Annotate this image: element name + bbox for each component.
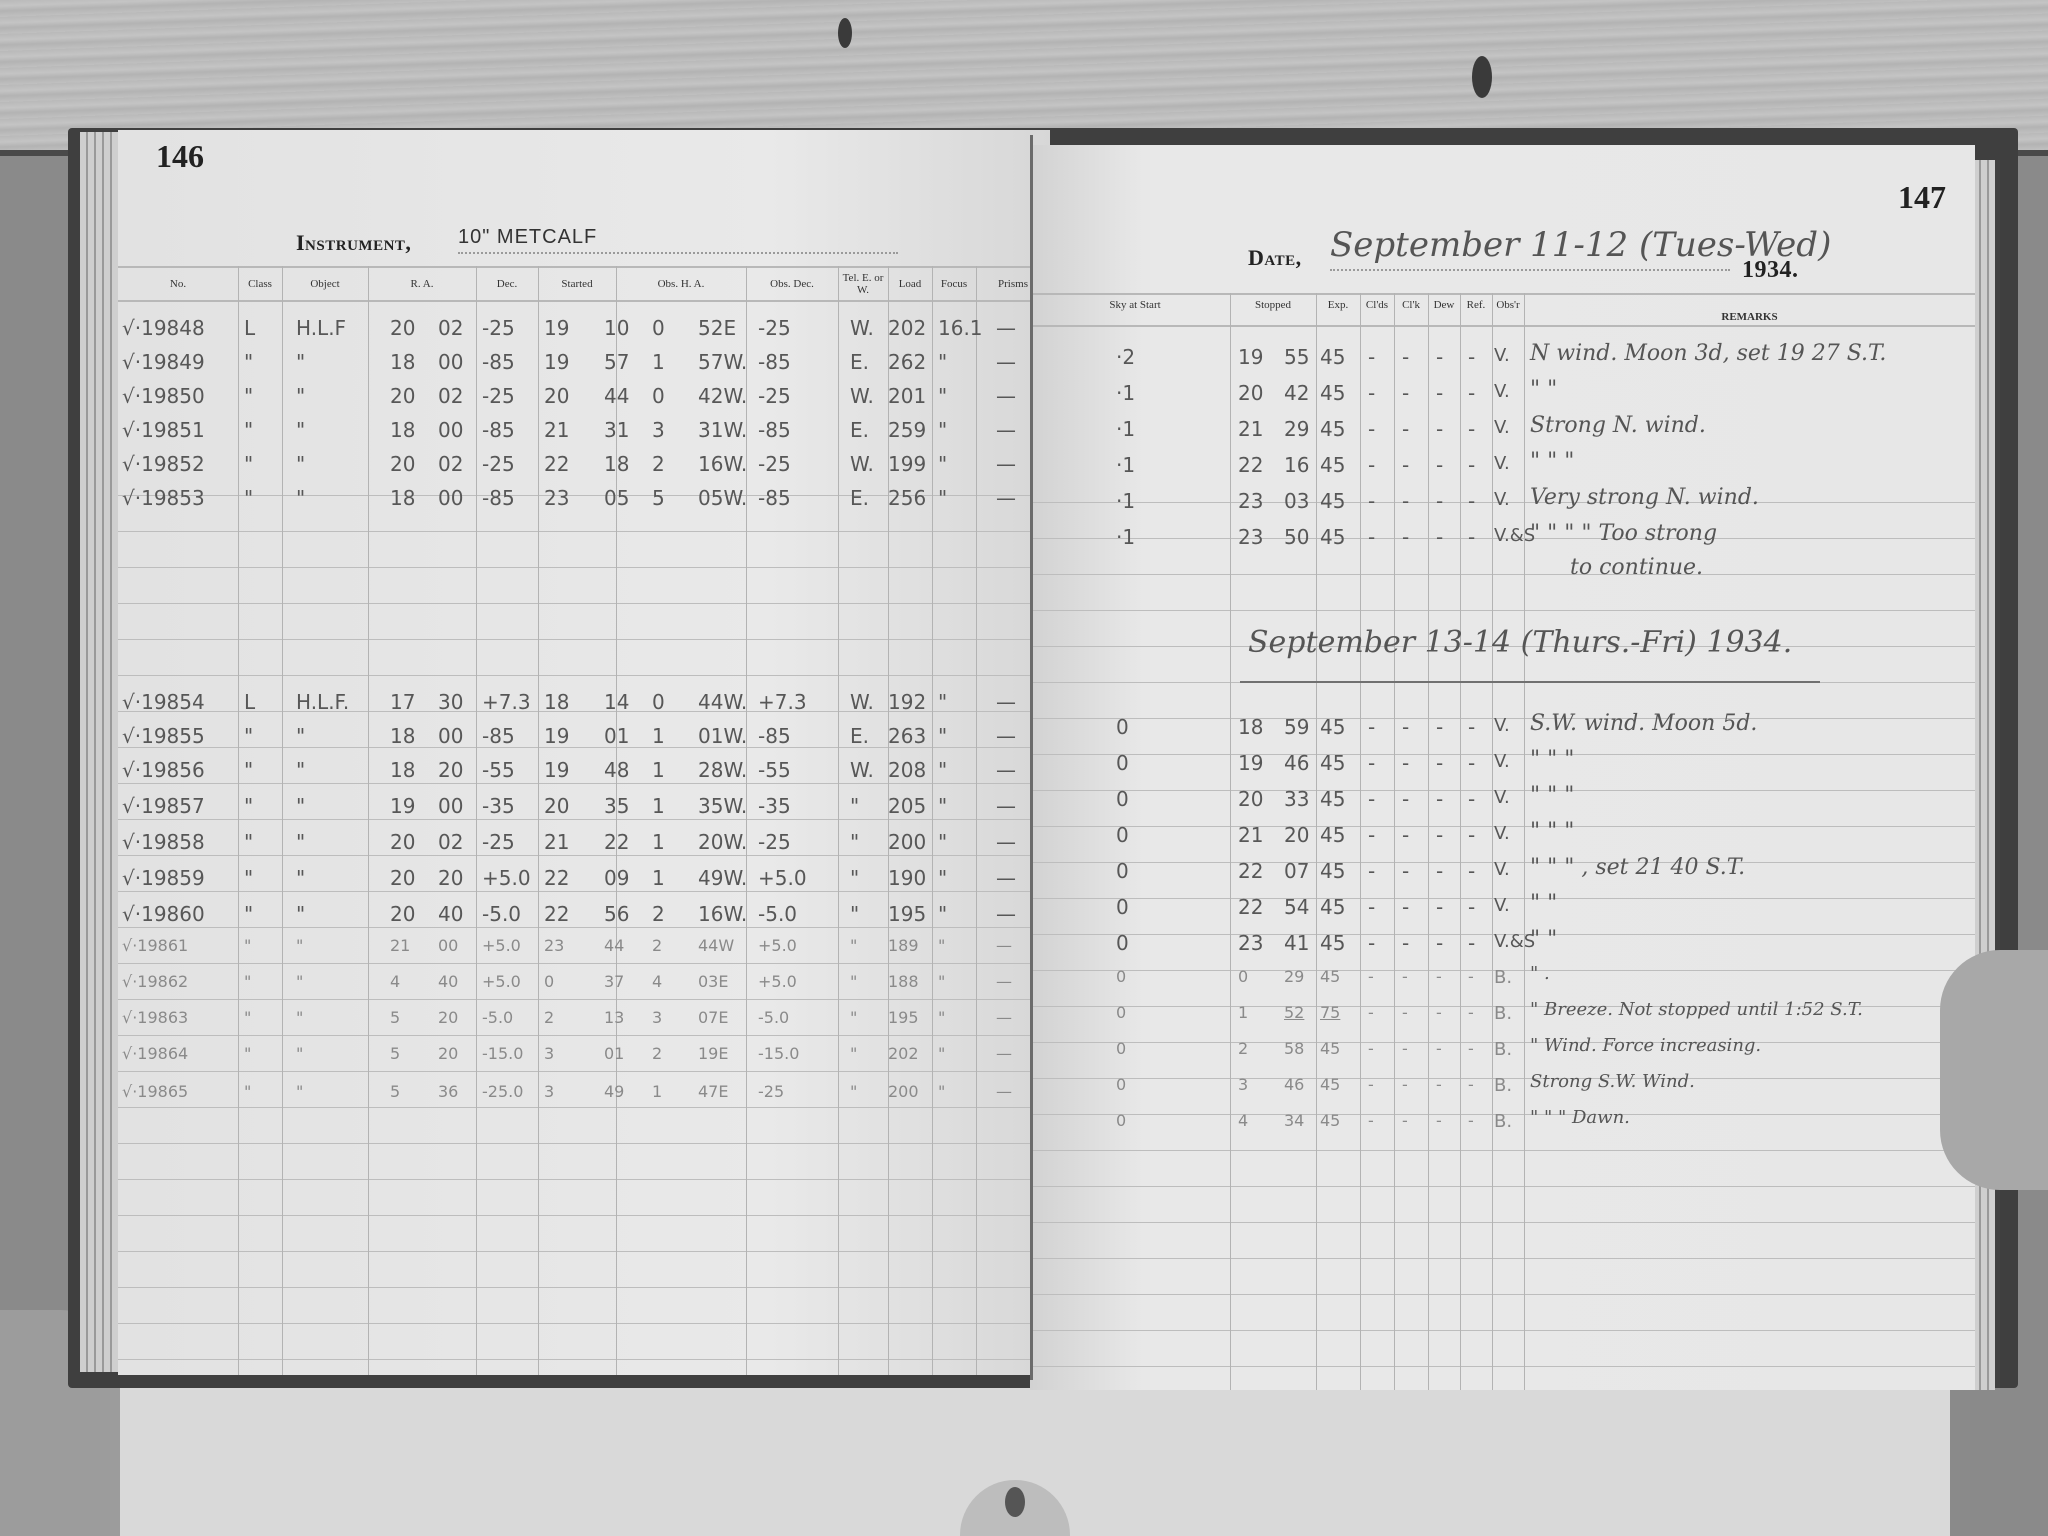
dec-cell: +5.0 (482, 972, 521, 991)
started-minutes: 22 (604, 830, 629, 854)
stopped-hours: 20 (1238, 381, 1263, 405)
ref-cell: - (1468, 967, 1474, 986)
started-seconds: 1 (652, 758, 665, 782)
sky-at-start: 0 (1116, 1039, 1126, 1058)
column-header: Ref. (1460, 299, 1492, 311)
ref-cell: - (1468, 417, 1475, 441)
remarks-cell: " Breeze. Not stopped until 1:52 S.T. (1530, 999, 1863, 1020)
focus-cell: " (938, 350, 947, 374)
sky-at-start: 0 (1116, 715, 1129, 739)
clouds-cell: - (1368, 489, 1375, 513)
stopped-minutes: 52 (1284, 1003, 1304, 1022)
stopped-hours: 22 (1238, 453, 1263, 477)
class-cell: " (244, 936, 251, 955)
focus-cell: " (938, 794, 947, 818)
load-cell: 263 (888, 724, 926, 748)
obs-dec-cell: -35 (758, 794, 791, 818)
exposure: 45 (1320, 453, 1345, 477)
started-seconds: 4 (652, 972, 662, 991)
dec-cell: -85 (482, 486, 515, 510)
column-rule (282, 266, 283, 1375)
tel-cell: W. (850, 452, 874, 476)
ref-cell: - (1468, 453, 1475, 477)
started-seconds: 3 (652, 418, 665, 442)
object-cell: " (296, 830, 305, 854)
dec-cell: -5.0 (482, 902, 521, 926)
observer-cell: B. (1494, 1111, 1512, 1132)
obs-dec-cell: -25 (758, 452, 791, 476)
object-cell: " (296, 902, 305, 926)
remarks-cell: Strong S.W. Wind. (1530, 1071, 1695, 1092)
clouds-cell: - (1368, 715, 1375, 739)
column-header: Sky at Start (1050, 299, 1220, 311)
ref-cell: - (1468, 1111, 1474, 1130)
header-top-rule (1030, 293, 1975, 295)
ra-minutes: 00 (438, 418, 463, 442)
dec-cell: -25 (482, 452, 515, 476)
observer-cell: V. (1494, 895, 1510, 916)
column-rule (1428, 293, 1429, 1390)
focus-cell: " (938, 1008, 945, 1027)
started-hours: 20 (544, 384, 569, 408)
observer-cell: V. (1494, 381, 1510, 402)
dew-cell: - (1436, 525, 1443, 549)
started-seconds: 1 (652, 830, 665, 854)
started-seconds: 1 (652, 1082, 662, 1101)
remarks-cell: Very strong N. wind. (1530, 485, 1759, 510)
object-cell: " (296, 452, 305, 476)
dec-cell: -85 (482, 418, 515, 442)
exposure: 45 (1320, 345, 1345, 369)
dew-cell: - (1436, 489, 1443, 513)
stopped-hours: 23 (1238, 525, 1263, 549)
remarks-cell: " " " , set 21 40 S.T. (1530, 855, 1745, 880)
load-cell: 200 (888, 1082, 919, 1101)
dec-cell: -25.0 (482, 1082, 523, 1101)
started-seconds: 1 (652, 724, 665, 748)
dec-cell: -55 (482, 758, 515, 782)
instrument-dotted-line (458, 252, 898, 254)
focus-cell: " (938, 384, 947, 408)
started-hours: 21 (544, 418, 569, 442)
focus-cell: " (938, 1082, 945, 1101)
column-rule (368, 266, 369, 1375)
ra-hours: 5 (390, 1082, 400, 1101)
exposure: 45 (1320, 489, 1345, 513)
load-cell: 200 (888, 830, 926, 854)
sky-at-start: 0 (1116, 823, 1129, 847)
header-top-rule (118, 266, 1050, 268)
started-seconds: 1 (652, 794, 665, 818)
stopped-hours: 3 (1238, 1075, 1248, 1094)
started-minutes: 10 (604, 316, 629, 340)
dec-cell: -85 (482, 350, 515, 374)
entry-number: √·19864 (122, 1044, 188, 1063)
started-seconds: 0 (652, 690, 665, 714)
tel-cell: W. (850, 384, 874, 408)
remarks-cell: " . (1530, 963, 1550, 984)
remarks-cell: " " " " Too strong (1530, 521, 1717, 546)
load-cell: 195 (888, 1008, 919, 1027)
exposure: 45 (1320, 1111, 1340, 1130)
stopped-hours: 18 (1238, 715, 1263, 739)
exposure: 45 (1320, 859, 1345, 883)
clock-cell: - (1402, 453, 1409, 477)
started-minutes: 35 (604, 794, 629, 818)
dec-cell: -85 (482, 724, 515, 748)
started-hours: 0 (544, 972, 554, 991)
started-minutes: 18 (604, 452, 629, 476)
stopped-minutes: 42 (1284, 381, 1309, 405)
sky-at-start: ·1 (1116, 381, 1135, 405)
prisms-cell: — (996, 418, 1016, 442)
clock-cell: - (1402, 751, 1409, 775)
remarks-cell: " Wind. Force increasing. (1530, 1035, 1761, 1056)
ra-minutes: 00 (438, 936, 458, 955)
exposure: 45 (1320, 715, 1345, 739)
prisms-cell: — (996, 972, 1012, 991)
started-seconds: 2 (652, 452, 665, 476)
started-seconds: 0 (652, 384, 665, 408)
started-hours: 23 (544, 936, 564, 955)
entry-number: √·19855 (122, 724, 205, 748)
load-cell: 205 (888, 794, 926, 818)
object-cell: H.L.F (296, 316, 346, 340)
observer-cell: V. (1494, 345, 1510, 366)
remarks-cell: Strong N. wind. (1530, 413, 1706, 438)
dew-cell: - (1436, 787, 1443, 811)
started-seconds: 0 (652, 316, 665, 340)
obs-ha-cell: 49W. (698, 866, 747, 890)
observer-cell: B. (1494, 1075, 1512, 1096)
ra-minutes: 00 (438, 794, 463, 818)
entry-number: √·19861 (122, 936, 188, 955)
load-cell: 188 (888, 972, 919, 991)
started-hours: 23 (544, 486, 569, 510)
stopped-minutes: 55 (1284, 345, 1309, 369)
load-cell: 201 (888, 384, 926, 408)
page-number: 146 (156, 138, 204, 175)
started-minutes: 44 (604, 936, 624, 955)
obs-dec-cell: -85 (758, 418, 791, 442)
column-rule (238, 266, 239, 1375)
column-rule (538, 266, 539, 1375)
stopped-hours: 19 (1238, 751, 1263, 775)
dew-cell: - (1436, 715, 1443, 739)
column-rule (1230, 293, 1231, 1390)
object-cell: " (296, 724, 305, 748)
obs-dec-cell: -25 (758, 1082, 784, 1101)
column-header: No. (118, 278, 238, 290)
class-cell: L (244, 690, 255, 714)
tel-cell: " (850, 936, 857, 955)
started-minutes: 37 (604, 972, 624, 991)
observer-cell: V. (1494, 417, 1510, 438)
exposure: 45 (1320, 895, 1345, 919)
obs-ha-cell: 20W. (698, 830, 747, 854)
ra-hours: 18 (390, 418, 415, 442)
started-hours: 18 (544, 690, 569, 714)
tel-cell: W. (850, 316, 874, 340)
exposure: 45 (1320, 417, 1345, 441)
dec-cell: -25 (482, 830, 515, 854)
dew-cell: - (1436, 453, 1443, 477)
column-header: Exp. (1316, 299, 1360, 311)
observer-cell: V. (1494, 787, 1510, 808)
clock-cell: - (1402, 715, 1409, 739)
ref-cell: - (1468, 1075, 1474, 1094)
dec-cell: -15.0 (482, 1044, 523, 1063)
obs-dec-cell: -85 (758, 486, 791, 510)
section-underline (1240, 681, 1820, 683)
entry-number: √·19849 (122, 350, 205, 374)
started-hours: 2 (544, 1008, 554, 1027)
clock-cell: - (1402, 345, 1409, 369)
started-seconds: 2 (652, 1044, 662, 1063)
stopped-hours: 22 (1238, 859, 1263, 883)
column-header: Tel. E. or W. (838, 272, 888, 296)
started-hours: 19 (544, 724, 569, 748)
entry-number: √·19854 (122, 690, 205, 714)
clock-cell: - (1402, 489, 1409, 513)
object-cell: " (296, 794, 305, 818)
clouds-cell: - (1368, 453, 1375, 477)
class-cell: " (244, 758, 253, 782)
ra-minutes: 02 (438, 452, 463, 476)
ra-hours: 20 (390, 316, 415, 340)
ref-cell: - (1468, 931, 1475, 955)
clouds-cell: - (1368, 381, 1375, 405)
stopped-minutes: 58 (1284, 1039, 1304, 1058)
clock-cell: - (1402, 525, 1409, 549)
ra-minutes: 36 (438, 1082, 458, 1101)
started-hours: 21 (544, 830, 569, 854)
class-cell: L (244, 316, 255, 340)
focus-cell: " (938, 418, 947, 442)
column-header: Focus (932, 278, 976, 290)
sky-at-start: 0 (1116, 931, 1129, 955)
started-hours: 22 (544, 866, 569, 890)
focus-cell: " (938, 830, 947, 854)
load-cell: 202 (888, 316, 926, 340)
obs-ha-cell: 44W. (698, 690, 747, 714)
sky-at-start: 0 (1116, 787, 1129, 811)
observer-cell: B. (1494, 1039, 1512, 1060)
started-minutes: 14 (604, 690, 629, 714)
clouds-cell: - (1368, 345, 1375, 369)
column-rule (838, 266, 839, 1375)
load-cell: 189 (888, 936, 919, 955)
wood-knot (838, 18, 852, 48)
ref-cell: - (1468, 381, 1475, 405)
observer-cell: V. (1494, 489, 1510, 510)
obs-dec-cell: -25 (758, 384, 791, 408)
column-header: Started (538, 278, 616, 290)
entry-number: √·19859 (122, 866, 205, 890)
column-header: Cl'ds (1360, 299, 1394, 311)
tel-cell: E. (850, 486, 869, 510)
column-rule (932, 266, 933, 1375)
obs-ha-cell: 47E (698, 1082, 728, 1101)
prisms-cell: — (996, 866, 1016, 890)
started-hours: 22 (544, 902, 569, 926)
stopped-hours: 23 (1238, 931, 1263, 955)
ra-minutes: 20 (438, 758, 463, 782)
obs-dec-cell: +7.3 (758, 690, 807, 714)
ref-cell: - (1468, 489, 1475, 513)
column-header: Cl'k (1394, 299, 1428, 311)
clouds-cell: - (1368, 931, 1375, 955)
ra-minutes: 20 (438, 1044, 458, 1063)
clouds-cell: - (1368, 787, 1375, 811)
dew-cell: - (1436, 751, 1443, 775)
prisms-cell: — (996, 830, 1016, 854)
clock-cell: - (1402, 1039, 1408, 1058)
started-seconds: 3 (652, 1008, 662, 1027)
clouds-cell: - (1368, 967, 1374, 986)
column-header: Obs'r (1492, 299, 1524, 311)
stopped-minutes: 16 (1284, 453, 1309, 477)
column-header: Load (888, 278, 932, 290)
ra-minutes: 20 (438, 866, 463, 890)
object-cell: " (296, 936, 303, 955)
ref-cell: - (1468, 787, 1475, 811)
ruled-lines (1030, 467, 1975, 1390)
sky-at-start: 0 (1116, 751, 1129, 775)
clouds-cell: - (1368, 823, 1375, 847)
started-minutes: 09 (604, 866, 629, 890)
tel-cell: " (850, 902, 859, 926)
stopped-hours: 0 (1238, 967, 1248, 986)
clouds-cell: - (1368, 1003, 1374, 1022)
column-header: Dew (1428, 299, 1460, 311)
focus-cell: " (938, 452, 947, 476)
column-header: Obs. H. A. (616, 278, 746, 290)
entry-number: √·19851 (122, 418, 205, 442)
exposure: 45 (1320, 967, 1340, 986)
ref-cell: - (1468, 715, 1475, 739)
load-cell: 195 (888, 902, 926, 926)
exposure: 45 (1320, 1075, 1340, 1094)
exposure: 45 (1320, 787, 1345, 811)
remarks-cell: " " " (1530, 819, 1574, 844)
ra-minutes: 20 (438, 1008, 458, 1027)
column-header: Object (282, 278, 368, 290)
remarks-cell: " " " Dawn. (1530, 1107, 1630, 1128)
right-page: 147 Date, September 11-12 (Tues-Wed) 193… (1030, 145, 1975, 1390)
focus-cell: " (938, 690, 947, 714)
clock-cell: - (1402, 1111, 1408, 1130)
started-minutes: 49 (604, 1082, 624, 1101)
sky-at-start: 0 (1116, 967, 1126, 986)
tel-cell: E. (850, 418, 869, 442)
ra-hours: 4 (390, 972, 400, 991)
stopped-minutes: 29 (1284, 417, 1309, 441)
column-rule (1360, 293, 1361, 1390)
exposure: 45 (1320, 823, 1345, 847)
exposure: 75 (1320, 1003, 1340, 1022)
stopped-minutes: 33 (1284, 787, 1309, 811)
sky-at-start: 0 (1116, 1003, 1126, 1022)
dec-cell: -5.0 (482, 1008, 513, 1027)
clock-cell: - (1402, 859, 1409, 883)
obs-ha-cell: 07E (698, 1008, 728, 1027)
dew-cell: - (1436, 895, 1443, 919)
sky-at-start: ·1 (1116, 525, 1135, 549)
started-minutes: 56 (604, 902, 629, 926)
left-page: 146 Instrument, 10" METCALF No.ClassObje… (118, 130, 1050, 1375)
started-minutes: 44 (604, 384, 629, 408)
stopped-hours: 23 (1238, 489, 1263, 513)
obs-ha-cell: 31W. (698, 418, 747, 442)
dew-cell: - (1436, 823, 1443, 847)
column-rule (1394, 293, 1395, 1390)
stopped-minutes: 50 (1284, 525, 1309, 549)
clock-cell: - (1402, 931, 1409, 955)
clock-cell: - (1402, 1075, 1408, 1094)
object-cell: " (296, 866, 305, 890)
remarks-cell: S.W. wind. Moon 5d. (1530, 711, 1757, 736)
clouds-cell: - (1368, 1075, 1374, 1094)
ra-hours: 20 (390, 384, 415, 408)
clouds-cell: - (1368, 1039, 1374, 1058)
started-seconds: 1 (652, 350, 665, 374)
dew-cell: - (1436, 417, 1443, 441)
ra-hours: 18 (390, 486, 415, 510)
prisms-cell: — (996, 486, 1016, 510)
ra-hours: 17 (390, 690, 415, 714)
class-cell: " (244, 384, 253, 408)
class-cell: " (244, 350, 253, 374)
page-number: 147 (1898, 179, 1946, 216)
observer-cell: B. (1494, 967, 1512, 988)
column-rule (476, 266, 477, 1375)
object-cell: " (296, 384, 305, 408)
observer-cell: V. (1494, 715, 1510, 736)
observer-cell: V. (1494, 751, 1510, 772)
remarks-cell: to continue. (1570, 555, 1703, 580)
observer-cell: V. (1494, 859, 1510, 880)
obs-dec-cell: -55 (758, 758, 791, 782)
obs-ha-cell: 16W. (698, 452, 747, 476)
obs-dec-cell: -85 (758, 724, 791, 748)
class-cell: " (244, 1044, 251, 1063)
clock-cell: - (1402, 1003, 1408, 1022)
class-cell: " (244, 902, 253, 926)
clock-cell: - (1402, 823, 1409, 847)
exposure: 45 (1320, 931, 1345, 955)
load-cell: 190 (888, 866, 926, 890)
load-cell: 208 (888, 758, 926, 782)
dew-cell: - (1436, 381, 1443, 405)
stopped-hours: 1 (1238, 1003, 1248, 1022)
ra-minutes: 00 (438, 350, 463, 374)
date-year: 1934. (1742, 257, 1799, 284)
stopped-hours: 22 (1238, 895, 1263, 919)
load-cell: 256 (888, 486, 926, 510)
tel-cell: " (850, 794, 859, 818)
stopped-hours: 21 (1238, 417, 1263, 441)
load-cell: 199 (888, 452, 926, 476)
prisms-cell: — (996, 690, 1016, 714)
stopped-minutes: 20 (1284, 823, 1309, 847)
entry-number: √·19863 (122, 1008, 188, 1027)
ra-hours: 20 (390, 452, 415, 476)
observer-cell: V. (1494, 823, 1510, 844)
exposure: 45 (1320, 525, 1345, 549)
dec-cell: -25 (482, 316, 515, 340)
obs-ha-cell: 28W. (698, 758, 747, 782)
